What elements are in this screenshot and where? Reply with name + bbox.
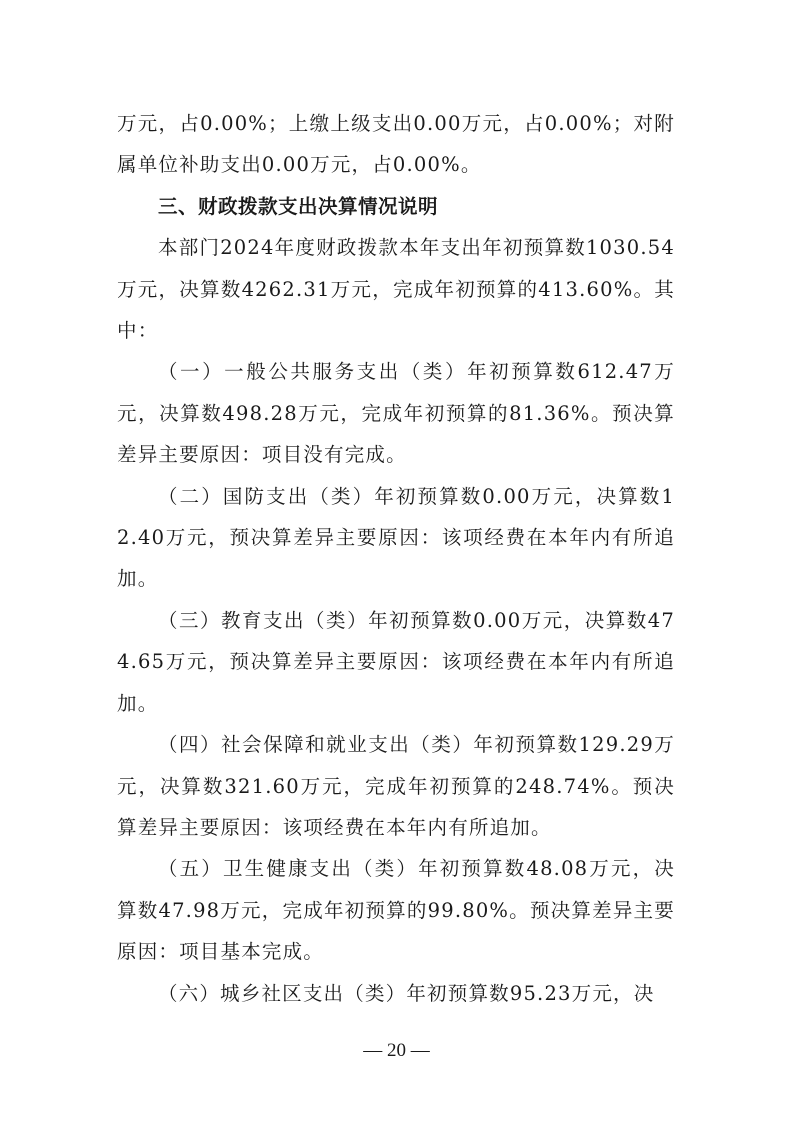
paragraph-item-education: （三）教育支出（类）年初预算数0.00万元，决算数474.65万元，预决算差异主… xyxy=(117,600,675,724)
paragraph-item-national-defense: （二）国防支出（类）年初预算数0.00万元，决算数12.40万元，预决算差异主要… xyxy=(117,476,675,600)
paragraph-item-general-public-services: （一）一般公共服务支出（类）年初预算数612.47万元，决算数498.28万元，… xyxy=(117,351,675,475)
section-heading-fiscal-expenditure: 三、财政拨款支出决算情况说明 xyxy=(117,186,675,227)
paragraph-continuation: 万元，占0.00%；上缴上级支出0.00万元，占0.00%；对附属单位补助支出0… xyxy=(117,103,675,186)
paragraph-item-health: （五）卫生健康支出（类）年初预算数48.08万元，决算数47.98万元，完成年初… xyxy=(117,848,675,972)
paragraph-item-social-security: （四）社会保障和就业支出（类）年初预算数129.29万元，决算数321.60万元… xyxy=(117,724,675,848)
document-page-body: 万元，占0.00%；上缴上级支出0.00万元，占0.00%；对附属单位补助支出0… xyxy=(117,103,675,1014)
paragraph-summary: 本部门2024年度财政拨款本年支出年初预算数1030.54万元，决算数4262.… xyxy=(117,227,675,351)
page-number: — 20 — xyxy=(0,1040,793,1062)
paragraph-item-urban-rural-community: （六）城乡社区支出（类）年初预算数95.23万元，决 xyxy=(117,973,675,1014)
